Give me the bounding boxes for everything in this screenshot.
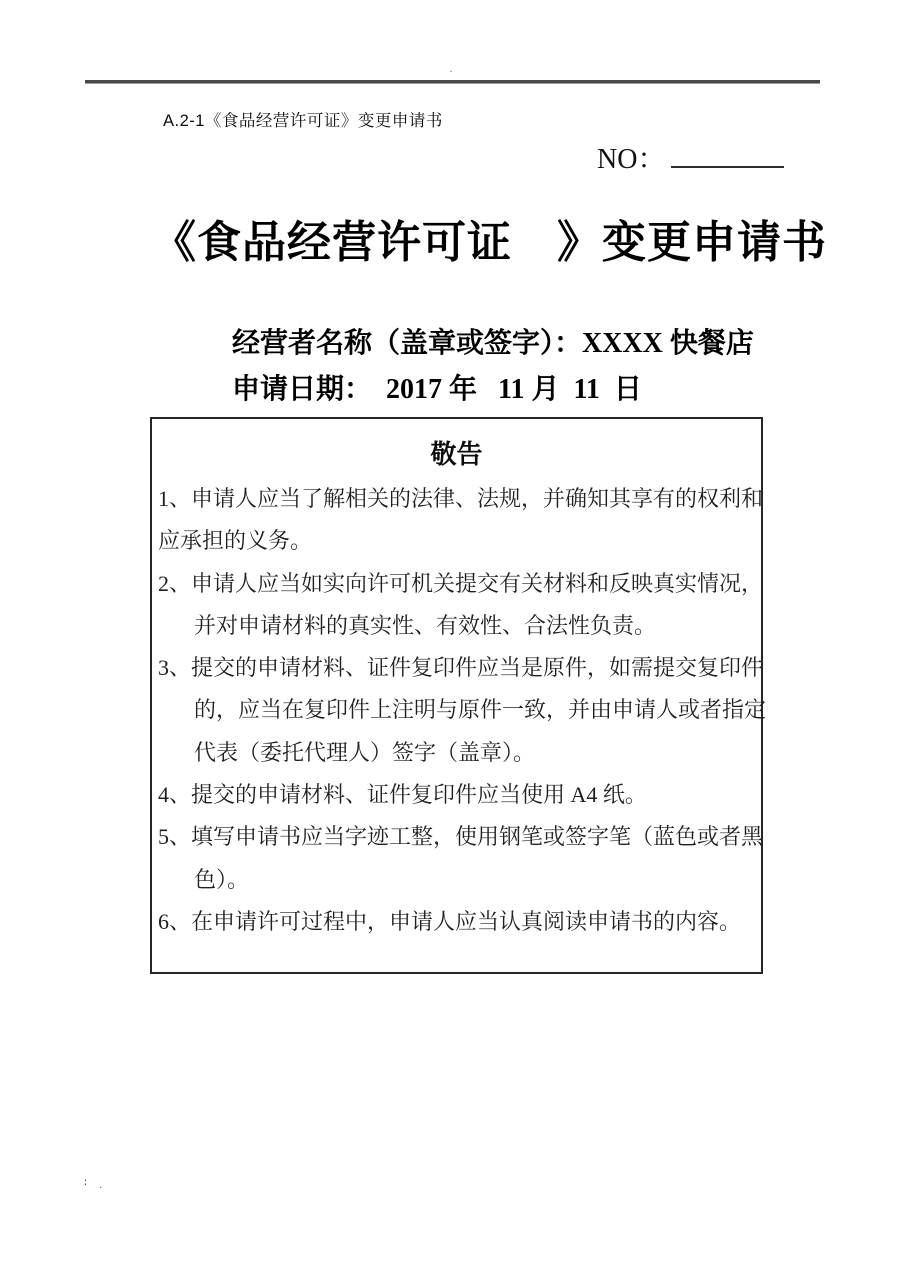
notice-line: 1、申请人应当了解相关的法律、法规，并确知其享有的权利和 (152, 478, 761, 520)
notice-line: 代表（委托代理人）签字（盖章）。 (152, 732, 761, 774)
notice-line: 并对申请材料的真实性、有效性、合法性负责。 (152, 605, 761, 647)
notice-line: 6、在申请许可过程中，申请人应当认真阅读申请书的内容。 (152, 901, 761, 943)
form-code-label: A.2-1《食品经营许可证》变更申请书 (163, 107, 443, 131)
notice-line: 3、提交的申请材料、证件复印件应当是原件，如需提交复印件 (152, 647, 761, 689)
footer-artifact-colon: ∶ (84, 1178, 87, 1188)
notice-line: 4、提交的申请材料、证件复印件应当使用 A4 纸。 (152, 774, 761, 816)
footer-artifact-dot: · (99, 1184, 102, 1194)
stray-dot-artifact: · (449, 64, 453, 79)
notice-body: 1、申请人应当了解相关的法律、法规，并确知其享有的权利和 应承担的义务。 2、申… (152, 478, 761, 943)
document-page: · A.2-1《食品经营许可证》变更申请书 NO： 《食品经营许可证 》变更申请… (0, 0, 904, 1280)
notice-line: 色）。 (152, 859, 761, 901)
header-rule (85, 80, 820, 83)
no-field: NO： (597, 137, 784, 177)
notice-heading: 敬告 (152, 439, 761, 470)
notice-line: 2、申请人应当如实向许可机关提交有关材料和反映真实情况， (152, 563, 761, 605)
operator-name-line: 经营者名称（盖章或签字）：XXXX 快餐店 (232, 321, 754, 361)
notice-line: 5、填写申请书应当字迹工整，使用钢笔或签字笔（蓝色或者黑 (152, 816, 761, 858)
notice-line: 应承担的义务。 (152, 520, 761, 562)
notice-box: 敬告 1、申请人应当了解相关的法律、法规，并确知其享有的权利和 应承担的义务。 … (150, 417, 763, 974)
page-title: 《食品经营许可证 》变更申请书 (152, 206, 827, 270)
no-label: NO： (597, 144, 665, 175)
notice-line: 的，应当在复印件上注明与原件一致，并由申请人或者指定 (152, 689, 761, 731)
application-date-line: 申请日期： 2017 年 11 月 11 日 (232, 367, 642, 407)
no-blank-line (671, 140, 784, 168)
